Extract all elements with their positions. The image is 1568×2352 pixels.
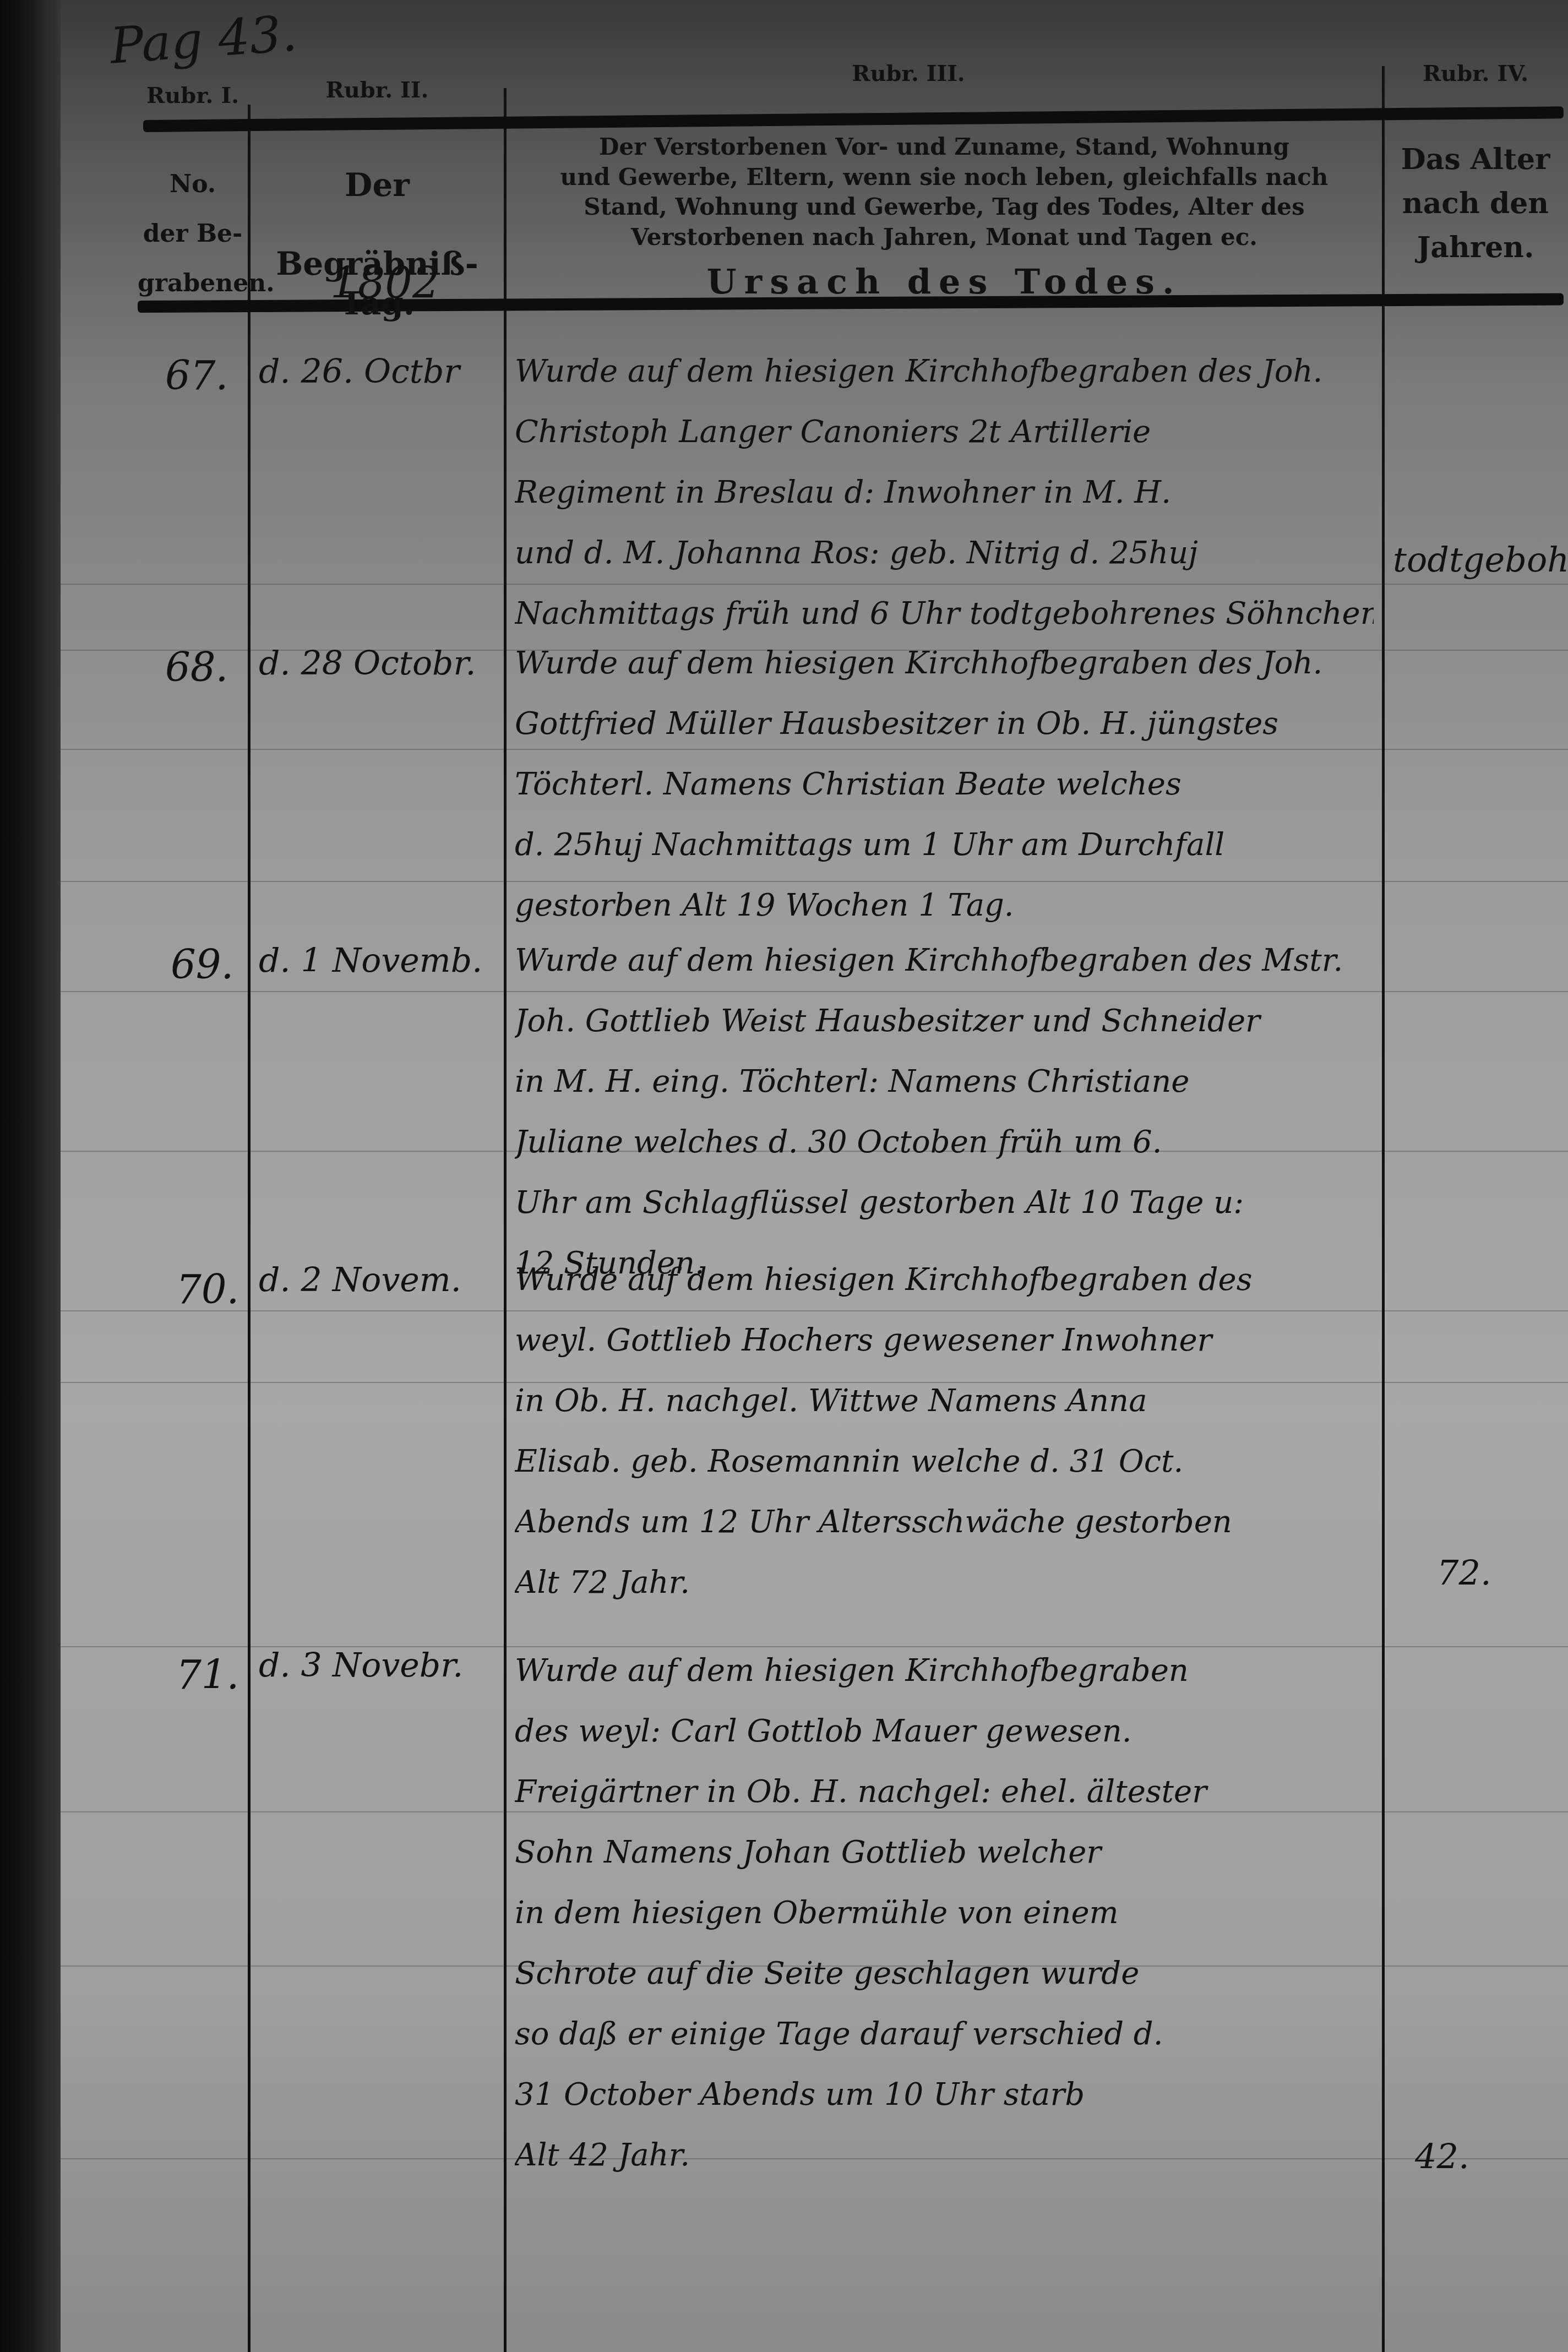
column-1-header-line: der Be- — [138, 209, 248, 259]
entry-description: Wurde auf dem hiesigen Kirchhofbegraben … — [515, 930, 1374, 1294]
entry-number: 69. — [171, 941, 234, 988]
entry-line: weyl. Gottlieb Hochers gewesener Inwohne… — [515, 1310, 1374, 1371]
entry-line: Gottfried Müller Hausbesitzer in Ob. H. … — [515, 694, 1374, 754]
entry-line: und d. M. Johanna Ros: geb. Nitrig d. 25… — [515, 523, 1374, 584]
rubric-3-label: Rubr. III. — [798, 61, 1019, 86]
column-3-header-line: und Gewerbe, Eltern, wenn sie noch leben… — [512, 162, 1376, 193]
entry-line: Abends um 12 Uhr Altersschwäche gestorbe… — [515, 1492, 1374, 1553]
burial-date: d. 2 Novem. — [259, 1261, 461, 1299]
column-divider-1 — [248, 105, 251, 2352]
column-divider-2 — [504, 88, 507, 2352]
entry-line: Sohn Namens Johan Gottlieb welcher — [515, 1822, 1374, 1883]
entry-description: Wurde auf dem hiesigen Kirchhofbegraben … — [515, 1641, 1374, 2186]
rubric-1-label: Rubr. I. — [138, 83, 248, 108]
entry-line: Töchterl. Namens Christian Beate welches — [515, 754, 1374, 815]
burial-date: d. 28 Octobr. — [259, 644, 476, 683]
book-binding-edge — [0, 0, 66, 2352]
entry-line: in M. H. eing. Töchterl: Namens Christia… — [515, 1052, 1374, 1112]
entry-line: Joh. Gottlieb Weist Hausbesitzer und Sch… — [515, 991, 1374, 1052]
burial-date: d. 3 Novebr. — [259, 1646, 463, 1685]
column-3-header-line: Der Verstorbenen Vor- und Zuname, Stand,… — [512, 132, 1376, 162]
column-4-header-line: Jahren. — [1387, 226, 1564, 270]
burial-date: d. 26. Octbr — [259, 352, 460, 391]
age-in-years: 42. — [1415, 2136, 1469, 2176]
column-divider-3 — [1382, 66, 1385, 2352]
entry-line: gestorben Alt 19 Wochen 1 Tag. — [515, 875, 1374, 936]
entry-number: 70. — [176, 1266, 239, 1313]
entry-description: Wurde auf dem hiesigen Kirchhofbegraben … — [515, 1250, 1374, 1613]
entry-line: d. 25huj Nachmittags um 1 Uhr am Durchfa… — [515, 815, 1374, 875]
entry-line: Christoph Langer Canoniers 2t Artillerie — [515, 402, 1374, 462]
entry-line: in Ob. H. nachgel. Wittwe Namens Anna — [515, 1371, 1374, 1431]
column-3-header-line: Verstorbenen nach Jahren, Monat und Tage… — [512, 222, 1376, 253]
rubric-4-label: Rubr. IV. — [1398, 61, 1553, 86]
column-1-header-line: grabenen. — [138, 259, 248, 308]
register-year: 1802 — [330, 259, 440, 308]
entry-line: Regiment in Breslau d: Inwohner in M. H. — [515, 462, 1374, 523]
entry-number: 71. — [176, 1652, 239, 1698]
column-3-header-line: Stand, Wohnung und Gewerbe, Tag des Tode… — [512, 192, 1376, 222]
entry-line: in dem hiesigen Obermühle von einem — [515, 1883, 1374, 1943]
entry-description: Wurde auf dem hiesigen Kirchhofbegraben … — [515, 341, 1374, 644]
entry-line: so daß er einige Tage darauf verschied d… — [515, 2004, 1374, 2065]
age-in-years: 72. — [1437, 1553, 1491, 1593]
entry-line: Alt 42 Jahr. — [515, 2125, 1374, 2186]
column-1-header-line: No. — [138, 160, 248, 209]
entry-line: des weyl: Carl Gottlob Mauer gewesen. — [515, 1701, 1374, 1762]
burial-date: d. 1 Novemb. — [259, 941, 482, 980]
entry-line: Wurde auf dem hiesigen Kirchhofbegraben … — [515, 341, 1374, 402]
column-4-header-line: nach den — [1387, 182, 1564, 226]
entry-line: Wurde auf dem hiesigen Kirchhofbegraben … — [515, 633, 1374, 694]
entry-description: Wurde auf dem hiesigen Kirchhofbegraben … — [515, 633, 1374, 936]
age-in-years: todtgebohr. — [1393, 540, 1568, 580]
entry-line: Elisab. geb. Rosemannin welche d. 31 Oct… — [515, 1431, 1374, 1492]
entry-line: Wurde auf dem hiesigen Kirchhofbegraben — [515, 1641, 1374, 1701]
entry-line: Wurde auf dem hiesigen Kirchhofbegraben … — [515, 930, 1374, 991]
entry-line: 31 October Abends um 10 Uhr starb — [515, 2065, 1374, 2125]
cause-of-death-header: Ursach des Todes. — [512, 260, 1376, 304]
entry-line: Uhr am Schlagflüssel gestorben Alt 10 Ta… — [515, 1173, 1374, 1233]
entry-line: Alt 72 Jahr. — [515, 1553, 1374, 1613]
entry-number: 68. — [165, 644, 228, 690]
column-1-header: No. der Be- grabenen. — [138, 160, 248, 308]
column-2-header-line: Der — [253, 165, 501, 205]
rubric-2-label: Rubr. II. — [308, 77, 446, 103]
entry-line: Juliane welches d. 30 Octoben früh um 6. — [515, 1112, 1374, 1173]
entry-line: Freigärtner in Ob. H. nachgel: ehel. ält… — [515, 1762, 1374, 1822]
entry-number: 67. — [165, 352, 228, 399]
entry-line: Schrote auf die Seite geschlagen wurde — [515, 1943, 1374, 2004]
column-4-header-line: Das Alter — [1387, 138, 1564, 182]
column-3-header: Der Verstorbenen Vor- und Zuname, Stand,… — [512, 132, 1376, 304]
entry-line: Wurde auf dem hiesigen Kirchhofbegraben … — [515, 1250, 1374, 1310]
column-4-header: Das Alter nach den Jahren. — [1387, 138, 1564, 270]
